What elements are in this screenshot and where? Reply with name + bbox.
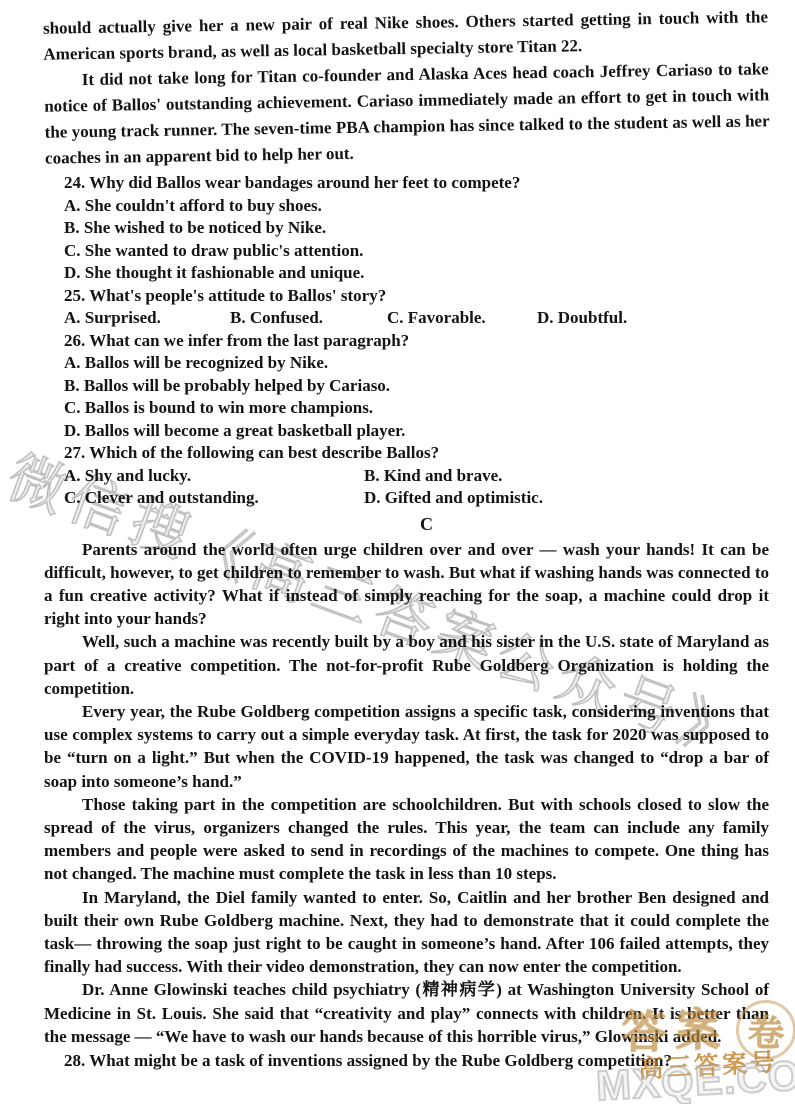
- passage-c-paragraph-3: Every year, the Rube Goldberg competitio…: [44, 700, 769, 793]
- option-a: A. She couldn't afford to buy shoes.: [64, 195, 769, 218]
- question-28: 28. What might be a task of inventions a…: [64, 1049, 769, 1072]
- passage-c-paragraph-2: Well, such a machine was recently built …: [44, 630, 769, 700]
- page-content: should actually give her a new pair of r…: [44, 10, 769, 1072]
- passage-c-paragraph-1: Parents around the world often urge chil…: [44, 538, 769, 631]
- question-text: 24. Why did Ballos wear bandages around …: [64, 172, 769, 195]
- exam-page: 微信搜《高三答案公众号》 should actually give her a …: [0, 0, 795, 1104]
- question-25: 25. What's people's attitude to Ballos' …: [64, 285, 769, 330]
- question-text: 27. Which of the following can best desc…: [64, 442, 769, 465]
- option-d: D. She thought it fashionable and unique…: [64, 262, 769, 285]
- options-row: C. Clever and outstanding. D. Gifted and…: [64, 487, 769, 510]
- option-b: B. Kind and brave.: [364, 465, 502, 488]
- question-text: 26. What can we infer from the last para…: [64, 330, 769, 353]
- option-b: B. She wished to be noticed by Nike.: [64, 217, 769, 240]
- question-24: 24. Why did Ballos wear bandages around …: [64, 172, 769, 285]
- option-a: A. Shy and lucky.: [64, 465, 364, 488]
- question-text: 25. What's people's attitude to Ballos' …: [64, 285, 769, 308]
- passage-c-paragraph-6: Dr. Anne Glowinski teaches child psychia…: [44, 978, 769, 1048]
- options-row: A. Surprised. B. Confused. C. Favorable.…: [64, 307, 769, 330]
- option-c: C. Clever and outstanding.: [64, 487, 364, 510]
- question-27: 27. Which of the following can best desc…: [64, 442, 769, 510]
- option-c: C. Favorable.: [387, 307, 537, 330]
- passage-c-paragraph-5: In Maryland, the Diel family wanted to e…: [44, 886, 769, 979]
- options-grid: A. Shy and lucky. B. Kind and brave. C. …: [64, 465, 769, 510]
- option-a: A. Ballos will be recognized by Nike.: [64, 352, 769, 375]
- option-b: B. Confused.: [230, 307, 387, 330]
- option-c: C. Ballos is bound to win more champions…: [64, 397, 769, 420]
- option-d: D. Gifted and optimistic.: [364, 487, 543, 510]
- question-block: 24. Why did Ballos wear bandages around …: [64, 172, 769, 510]
- question-26: 26. What can we infer from the last para…: [64, 330, 769, 443]
- option-d: D. Doubtful.: [537, 307, 627, 330]
- options-row: A. Shy and lucky. B. Kind and brave.: [64, 465, 769, 488]
- passage-c: Parents around the world often urge chil…: [44, 538, 769, 1048]
- option-b: B. Ballos will be probably helped by Car…: [64, 375, 769, 398]
- passage-b-continuation: should actually give her a new pair of r…: [43, 4, 770, 171]
- passage-c-paragraph-4: Those taking part in the competition are…: [44, 793, 769, 886]
- option-d: D. Ballos will become a great basketball…: [64, 420, 769, 443]
- option-a: A. Surprised.: [64, 307, 230, 330]
- passage-b-paragraph: It did not take long for Titan co-founde…: [44, 56, 771, 171]
- option-c: C. She wanted to draw public's attention…: [64, 240, 769, 263]
- section-c-header: C: [84, 512, 769, 537]
